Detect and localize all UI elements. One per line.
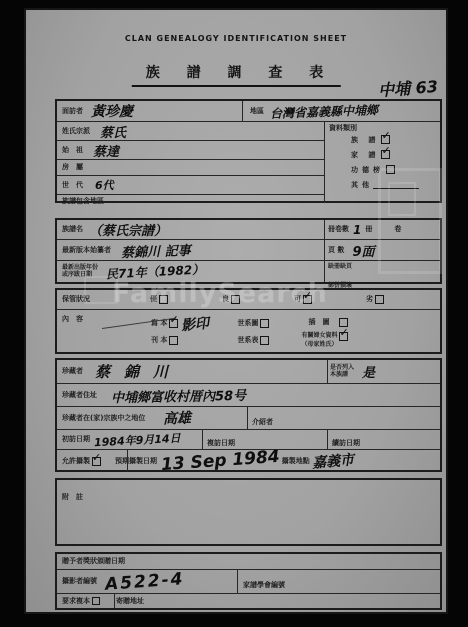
filming-permit-label: 允許攝製: [62, 457, 90, 465]
filming-date-label: 預期攝製日期: [115, 457, 157, 465]
holder-position-value: 高雄: [163, 408, 192, 429]
lineage-chart-checkbox: [260, 319, 269, 328]
divider: [114, 594, 115, 608]
divider: [242, 101, 243, 122]
women-data-sublabel: （母家姓氏）: [301, 342, 350, 349]
society-number-label: 家譜學會編號: [243, 581, 285, 589]
third-visit-label: 續訪日期: [332, 439, 360, 447]
scanned-document-background: CLAN GENEALOGY IDENTIFICATION SHEET 族 譜 …: [0, 0, 468, 627]
photographer-number-value: A522-4: [104, 569, 185, 594]
second-visit-label: 複訪日期: [207, 439, 235, 447]
copy-request-label: 要求複本: [62, 597, 90, 605]
first-ancestor-label: 始 祖: [62, 146, 83, 154]
condition-poor-checkbox: [375, 295, 384, 304]
photographer-number-label: 攝影者編號: [62, 577, 97, 585]
volumes-label: 冊卷數: [328, 225, 349, 233]
section-holder: 珍藏者 蔡錦川 是否列入 本族譜 是 珍藏者住址 中埔鄉富收村厝內58号 珍藏者…: [55, 358, 442, 472]
filming-place-value: 嘉義市: [311, 449, 355, 473]
holder-address-value: 中埔鄉富收村厝內58号: [111, 384, 246, 405]
data-category-column: 資料類別 族 譜 家 譜 功德榜 其他: [324, 122, 442, 203]
lineage-chart-label: 世系圖: [237, 319, 258, 327]
women-data-checkbox: [339, 332, 348, 341]
branch-label: 房 屬: [62, 163, 83, 171]
holder-label: 珍藏者: [62, 367, 83, 375]
mailing-address-label: 寄贈地址: [116, 597, 144, 605]
other-blank-line: [373, 181, 419, 189]
surname-label: 姓氏宗派: [62, 127, 90, 135]
category-item-merit-board: 功德榜: [325, 162, 442, 177]
section-genealogy-info: 族譜名 （蔡氏宗譜） 冊卷數 1 冊 卷 最新版本始纂者 蔡錦川 記事 頁 數 …: [55, 218, 442, 284]
volumes-unit2: 卷: [394, 225, 401, 233]
award-date-label: 贈予者獎狀頒贈日期: [62, 557, 125, 565]
interviewer-name: 黃珍慶: [91, 101, 133, 121]
section-admin: 贈予者獎狀頒贈日期 攝影者編號 A522-4 家譜學會編號 要求複本 寄贈地址: [55, 552, 442, 610]
illustrations-label: 插 圖: [308, 318, 329, 326]
notes-label: 附 註: [62, 493, 83, 501]
introducer-label: 介紹者: [252, 418, 273, 426]
filming-place-label: 攝製地點: [282, 457, 310, 465]
publication-date-label: 最新出版年份 或序跋日期: [62, 265, 98, 279]
printed-copy-label: 刊 本: [151, 336, 167, 344]
family-genealogy-checkbox: [381, 150, 390, 159]
region-label: 地區: [250, 107, 264, 115]
volumes-value: 1: [353, 223, 361, 237]
holder-address-label: 珍藏者住址: [62, 391, 97, 399]
printed-copy-checkbox: [169, 336, 178, 345]
contents-label: 內 容: [62, 315, 83, 323]
region-value: 台灣省嘉義縣中埔鄉: [270, 101, 379, 122]
genealogy-name-value: （蔡氏宗譜）: [89, 220, 167, 239]
merit-board-checkbox: [386, 165, 395, 174]
condition-fair-checkbox: [303, 295, 312, 304]
generations-value: 6代: [95, 177, 114, 193]
condition-excellent-checkbox: [159, 295, 168, 304]
filming-date-value: 13 Sep 1984: [160, 447, 280, 475]
manuscript-checkbox: [169, 319, 178, 328]
lineage-table-label: 世系表: [237, 336, 258, 344]
page-number-handwritten: 中埔 63: [377, 74, 438, 101]
category-item-other: 其他: [325, 177, 442, 192]
category-item-family-genealogy: 家 譜: [325, 147, 442, 162]
genealogy-name-label: 族譜名: [62, 225, 83, 233]
missing-pages-label: 缺冊缺頁 部份損壞: [328, 263, 352, 289]
divider: [127, 450, 128, 472]
form-header-english: CLAN GENEALOGY IDENTIFICATION SHEET: [26, 34, 446, 43]
section-notes: 附 註: [55, 478, 442, 546]
interviewer-label: 面訪者: [62, 107, 83, 115]
area-covered-label: 族譜包含地區: [62, 197, 104, 205]
copy-request-checkbox: [92, 597, 100, 605]
holder-position-label: 珍藏者在(家)宗族中之地位: [62, 414, 145, 422]
section-interview: 面訪者 黃珍慶 地區 台灣省嘉義縣中埔鄉 姓氏宗派 蔡氏 始 祖 蔡達: [55, 99, 442, 203]
lineage-table-checkbox: [260, 336, 269, 345]
volumes-unit1: 冊: [365, 225, 372, 233]
clan-genealogy-checkbox: [381, 135, 390, 144]
listed-in-genealogy-value: 是: [362, 362, 375, 381]
condition-label: 保管狀況: [62, 295, 90, 303]
publication-date-value: 民71年（1982）: [106, 260, 205, 282]
first-visit-label: 初訪日期: [62, 435, 90, 443]
manuscript-note-handwritten: 影印: [180, 312, 210, 335]
form-paper: CLAN GENEALOGY IDENTIFICATION SHEET 族 譜 …: [26, 10, 446, 612]
section-condition: 保管狀況 優 良 可 劣 內 容: [55, 288, 442, 354]
filming-permit-checkbox: [92, 457, 101, 466]
compiler-value: 蔡錦川 記事: [121, 239, 191, 260]
surname-value: 蔡氏: [100, 122, 126, 141]
compiler-label: 最新版本始纂者: [62, 246, 111, 254]
condition-good-checkbox: [231, 295, 240, 304]
form-title: 族 譜 調 查 表: [132, 62, 341, 87]
holder-name: 蔡錦川: [95, 361, 182, 382]
generations-label: 世 代: [62, 181, 83, 189]
listed-in-genealogy-label: 是否列入 本族譜: [330, 365, 354, 379]
women-data-label: 有關婦女資料: [301, 333, 337, 340]
first-ancestor-value: 蔡達: [93, 141, 119, 160]
first-visit-date: 1984年9月14日: [94, 429, 181, 450]
